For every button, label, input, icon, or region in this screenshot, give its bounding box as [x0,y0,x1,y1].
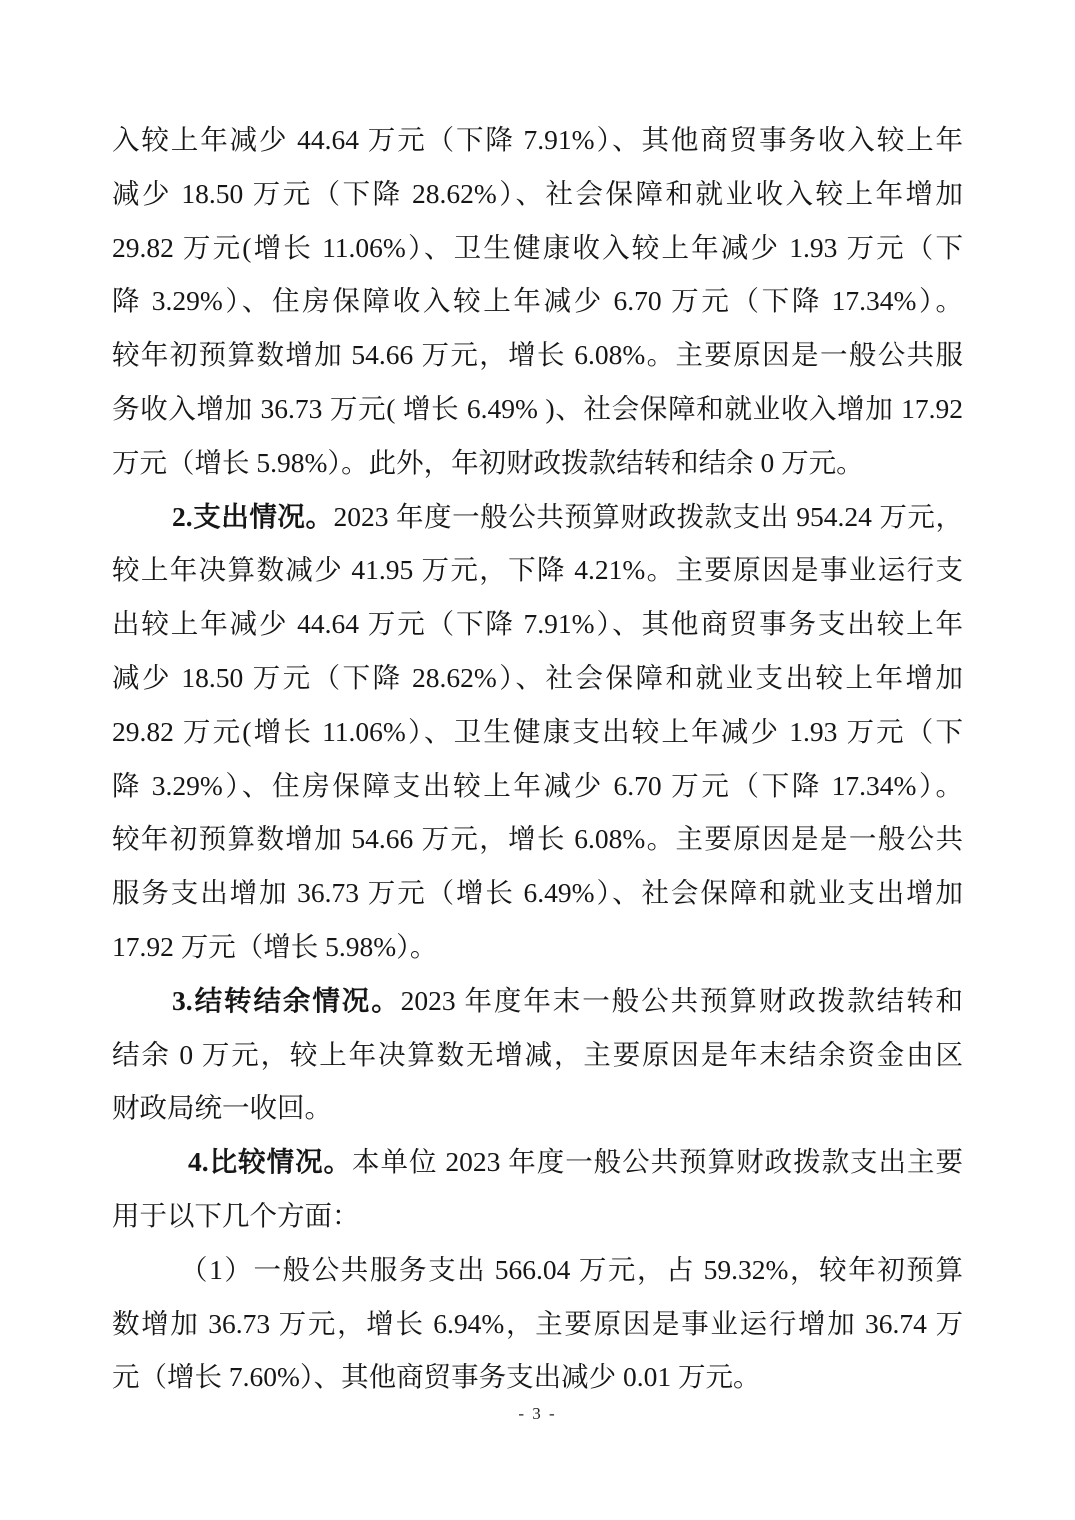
text-line: 降 3.29%）、住房保障支出较上年减少 6.70 万元（下降 17.34%）。 [112,759,963,813]
text-line: 用于以下几个方面： [112,1189,963,1243]
section-heading-comparison: 4.比较情况。 [188,1146,352,1177]
text-line: 入较上年减少 44.64 万元（下降 7.91%）、其他商贸事务收入较上年 [112,113,963,167]
text-line: 万元（增长 5.98%）。此外，年初财政拨款结转和结余 0 万元。 [112,436,963,490]
line-text: 2023 年度一般公共预算财政拨款支出 954.24 万元， [334,501,963,532]
page-number: - 3 - [0,1404,1075,1424]
text-line: 29.82 万元(增长 11.06%）、卫生健康支出较上年减少 1.93 万元（… [112,705,963,759]
text-line: 降 3.29%）、住房保障收入较上年减少 6.70 万元（下降 17.34%）。 [112,274,963,328]
text-line: 财政局统一收回。 [112,1081,963,1135]
text-line: 2.支出情况。2023 年度一般公共预算财政拨款支出 954.24 万元， [112,490,963,544]
text-line: 数增加 36.73 万元，增长 6.94%，主要原因是事业运行增加 36.74 … [112,1297,963,1351]
text-line: 17.92 万元（增长 5.98%）。 [112,920,963,974]
text-line: （1）一般公共服务支出 566.04 万元，占 59.32%，较年初预算 [112,1243,963,1297]
text-line: 减少 18.50 万元（下降 28.62%）、社会保障和就业收入较上年增加 [112,167,963,221]
text-line: 较年初预算数增加 54.66 万元，增长 6.08%。主要原因是是一般公共 [112,812,963,866]
text-line: 29.82 万元(增长 11.06%）、卫生健康收入较上年减少 1.93 万元（… [112,221,963,275]
text-line: 4.比较情况。本单位 2023 年度一般公共预算财政拨款支出主要 [112,1135,963,1189]
text-line: 较上年决算数减少 41.95 万元，下降 4.21%。主要原因是事业运行支 [112,543,963,597]
text-line: 务收入增加 36.73 万元( 增长 6.49% )、社会保障和就业收入增加 1… [112,382,963,436]
text-line: 服务支出增加 36.73 万元（增长 6.49%）、社会保障和就业支出增加 [112,866,963,920]
text-line: 较年初预算数增加 54.66 万元，增长 6.08%。主要原因是一般公共服 [112,328,963,382]
section-heading-carryover: 3.结转结余情况。 [172,985,401,1016]
text-line: 减少 18.50 万元（下降 28.62%）、社会保障和就业支出较上年增加 [112,651,963,705]
text-line: 出较上年减少 44.64 万元（下降 7.91%）、其他商贸事务支出较上年 [112,597,963,651]
document-body: 入较上年减少 44.64 万元（下降 7.91%）、其他商贸事务收入较上年 减少… [112,113,963,1404]
line-text: 本单位 2023 年度一般公共预算财政拨款支出主要 [352,1146,963,1177]
text-line: 3.结转结余情况。2023 年度年末一般公共预算财政拨款结转和 [112,974,963,1028]
text-line: 结余 0 万元，较上年决算数无增减，主要原因是年末结余资金由区 [112,1028,963,1082]
text-line: 元（增长 7.60%）、其他商贸事务支出减少 0.01 万元。 [112,1350,963,1404]
section-heading-expenditure: 2.支出情况。 [172,501,334,532]
line-text: 2023 年度年末一般公共预算财政拨款结转和 [401,985,963,1016]
